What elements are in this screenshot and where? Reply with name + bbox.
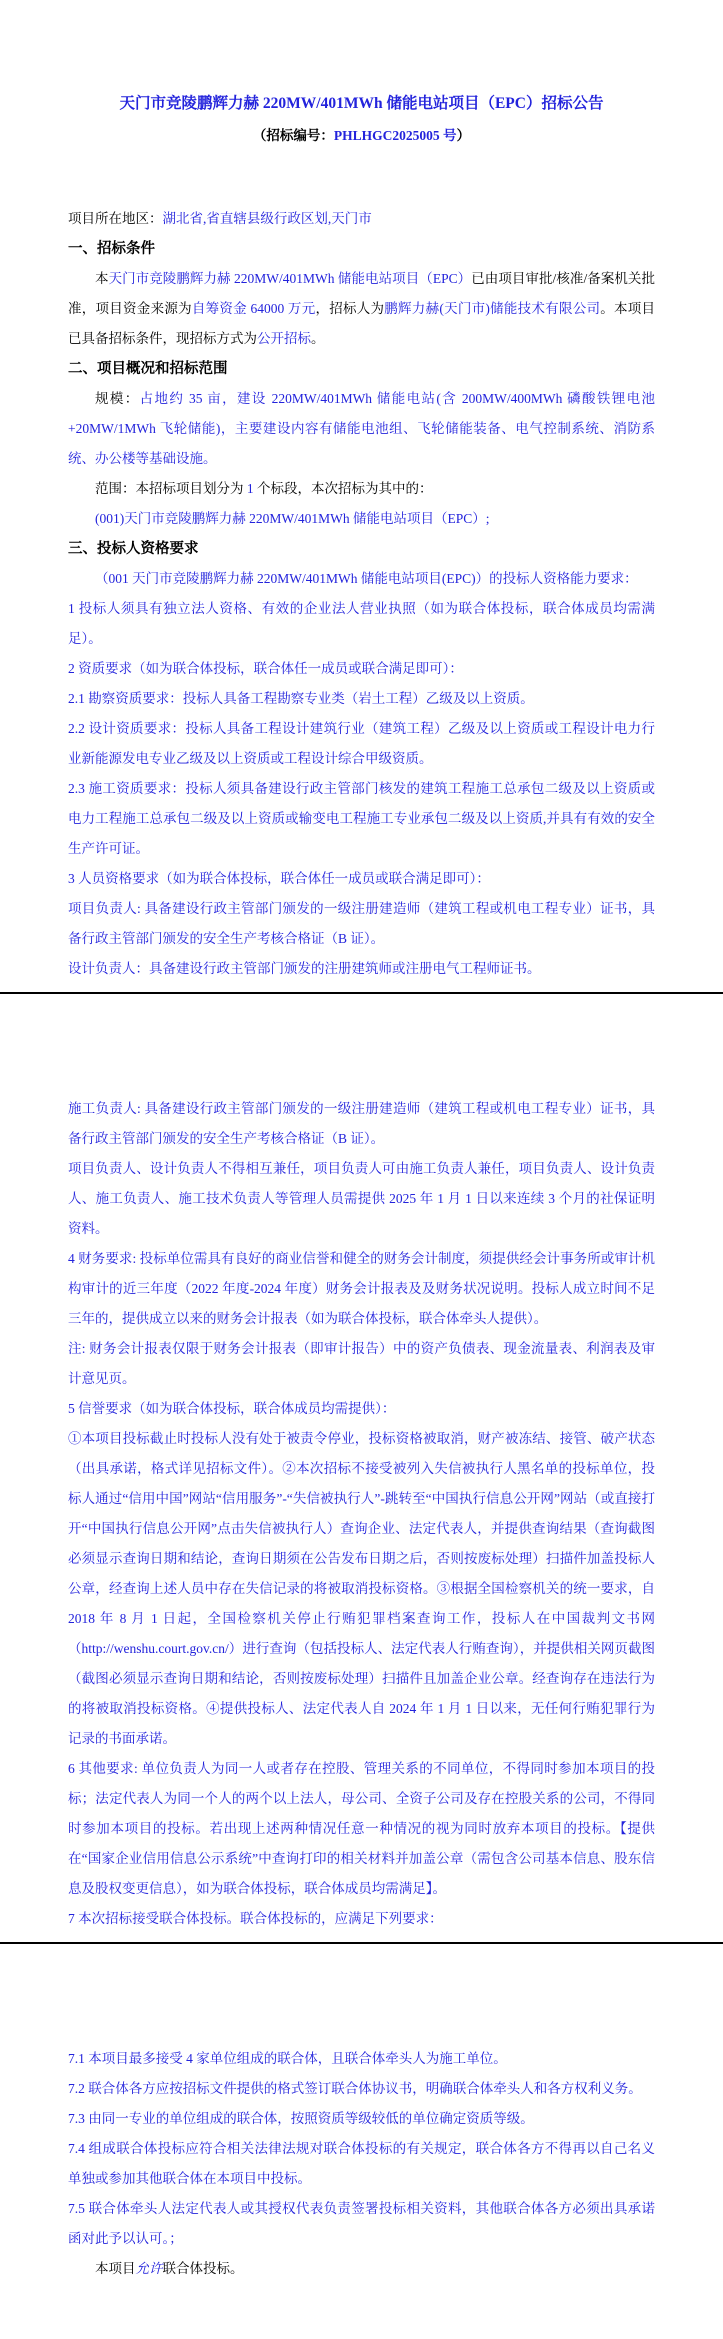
requirement-2: 2 资质要求（如为联合体投标，联合体任一成员或联合满足即可）： xyxy=(68,654,655,684)
funding-source: 自筹资金 64000 万元 xyxy=(192,301,316,316)
construction-lead-requirement: 施工负责人: 具备建设行政主管部门颁发的一级注册建造师（建筑工程或机电工程专业）… xyxy=(68,1094,655,1154)
requirement-7-2: 7.2 联合体各方应按招标文件提供的格式签订联合体协议书，明确联合体牵头人和各方… xyxy=(68,2074,655,2104)
location-value: 湖北省,省直辖县级行政区划,天门市 xyxy=(163,211,372,226)
spacer xyxy=(68,152,655,204)
requirement-7-consortium: 7 本次招标接受联合体投标。联合体投标的，应满足下列要求： xyxy=(68,1904,655,1934)
requirement-7-5: 7.5 联合体牵头人法定代表人或其授权代表负责签署投标相关资料，其他联合体各方必… xyxy=(68,2194,655,2254)
tender-scope-paragraph: 范围：本招标项目划分为 1 个标段，本次招标为其中的： xyxy=(68,474,655,504)
lot-count: 1 xyxy=(247,481,254,496)
tender-method: 公开招标 xyxy=(257,331,311,346)
section-1-paragraph: 本天门市竞陵鹏辉力赫 220MW/401MWh 储能电站项目（EPC）已由项目审… xyxy=(68,264,655,354)
page-gap xyxy=(0,1944,723,2044)
design-lead-requirement: 设计负责人：具备建设行政主管部门颁发的注册建筑师或注册电气工程师证书。 xyxy=(68,954,655,984)
page-gap xyxy=(0,994,723,1094)
credit-detail-paragraph: ①本项目投标截止时投标人没有处于被责令停业，投标资格被取消，财产被冻结、接管、破… xyxy=(68,1424,655,1754)
requirement-5-credit: 5 信誉要求（如为联合体投标，联合体成员均需提供）： xyxy=(68,1394,655,1424)
requirement-2-2: 2.2 设计资质要求：投标人具备工程设计建筑行业（建筑工程）乙级及以上资质或工程… xyxy=(68,714,655,774)
project-scale-paragraph: 规模：占地约 35 亩，建设 220MW/401MWh 储能电站(含 200MW… xyxy=(68,384,655,474)
finance-note: 注: 财务会计报表仅限于财务会计报表（即审计报告）中的资产负债表、现金流量表、利… xyxy=(68,1334,655,1394)
text-segment: 联合体投标。 xyxy=(163,2261,244,2276)
text-segment: 本项目 xyxy=(95,2261,136,2276)
section-2-heading: 二、项目概况和招标范围 xyxy=(68,354,655,384)
lot-001-line: (001)天门市竞陵鹏辉力赫 220MW/401MWh 储能电站项目（EPC）; xyxy=(68,504,655,534)
requirement-7-1: 7.1 本项目最多接受 4 家单位组成的联合体，且联合体牵头人为施工单位。 xyxy=(68,2044,655,2074)
tenderee-name: 鹏辉力赫(天门市)储能技术有限公司 xyxy=(384,301,600,316)
tender-reference-line: （招标编号：PHLHGC2025005 号） xyxy=(68,120,655,152)
qualification-intro: （001 天门市竞陵鹏辉力赫 220MW/401MWh 储能电站项目(EPC)）… xyxy=(68,564,655,594)
project-location-line: 项目所在地区：湖北省,省直辖县级行政区划,天门市 xyxy=(68,204,655,234)
page-2: 施工负责人: 具备建设行政主管部门颁发的一级注册建造师（建筑工程或机电工程专业）… xyxy=(0,1094,723,1934)
text-segment: ，招标人为 xyxy=(315,301,384,316)
requirement-2-1: 2.1 勘察资质要求：投标人具备工程勘察专业类（岩土工程）乙级及以上资质。 xyxy=(68,684,655,714)
requirement-2-3: 2.3 施工资质要求：投标人须具备建设行政主管部门核发的建筑工程施工总承包二级及… xyxy=(68,774,655,864)
roles-concurrency-requirement: 项目负责人、设计负责人不得相互兼任，项目负责人可由施工负责人兼任，项目负责人、设… xyxy=(68,1154,655,1244)
ref-suffix: ） xyxy=(457,128,471,143)
page-3: 7.1 本项目最多接受 4 家单位组成的联合体，且联合体牵头人为施工单位。 7.… xyxy=(0,2044,723,2284)
project-manager-requirement: 项目负责人: 具备建设行政主管部门颁发的一级注册建造师（建筑工程或机电工程专业）… xyxy=(68,894,655,954)
ref-number: PHLHGC2025005 号 xyxy=(334,128,457,143)
section-1-heading: 一、招标条件 xyxy=(68,234,655,264)
scale-label: 规模： xyxy=(95,391,140,406)
requirement-3: 3 人员资格要求（如为联合体投标，联合体任一成员或联合满足即可）： xyxy=(68,864,655,894)
section-3-heading: 三、投标人资格要求 xyxy=(68,534,655,564)
requirement-7-3: 7.3 由同一专业的单位组成的联合体，按照资质等级较低的单位确定资质等级。 xyxy=(68,2104,655,2134)
text-segment: 范围：本招标项目划分为 xyxy=(95,481,247,496)
allowed-keyword: 允许 xyxy=(136,2261,163,2276)
text-segment: 本 xyxy=(95,271,109,286)
requirement-1: 1 投标人须具有独立法人资格、有效的企业法人营业执照（如为联合体投标，联合体成员… xyxy=(68,594,655,654)
text-segment: 。 xyxy=(311,331,325,346)
text-segment: 个标段，本次招标为其中的： xyxy=(254,481,433,496)
requirement-4-finance: 4 财务要求: 投标单位需具有良好的商业信誉和健全的财务会计制度，须提供经会计事… xyxy=(68,1244,655,1334)
consortium-allowed-line: 本项目允许联合体投标。 xyxy=(68,2254,655,2284)
document-title: 天门市竞陵鹏辉力赫 220MW/401MWh 储能电站项目（EPC）招标公告 xyxy=(68,88,655,120)
page-1: 天门市竞陵鹏辉力赫 220MW/401MWh 储能电站项目（EPC）招标公告 （… xyxy=(0,88,723,984)
ref-prefix: （招标编号： xyxy=(253,128,334,143)
tender-announcement-document: 天门市竞陵鹏辉力赫 220MW/401MWh 储能电站项目（EPC）招标公告 （… xyxy=(0,88,723,2284)
scale-text: 占地约 35 亩，建设 220MW/401MWh 储能电站(含 200MW/40… xyxy=(68,391,655,466)
project-name: 天门市竞陵鹏辉力赫 220MW/401MWh 储能电站项目（EPC） xyxy=(109,271,472,286)
requirement-7-4: 7.4 组成联合体投标应符合相关法律法规对联合体投标的有关规定，联合体各方不得再… xyxy=(68,2134,655,2194)
requirement-6-other: 6 其他要求: 单位负责人为同一人或者存在控股、管理关系的不同单位，不得同时参加… xyxy=(68,1754,655,1904)
location-label: 项目所在地区： xyxy=(68,211,163,226)
